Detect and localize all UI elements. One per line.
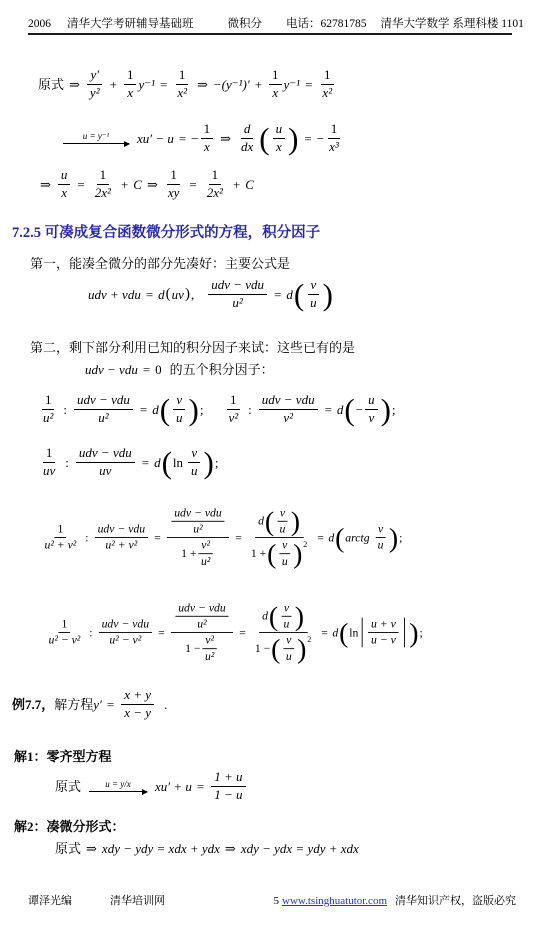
fraction-numerator: 1 bbox=[167, 168, 180, 185]
math-fraction: 1 + u1 − u bbox=[211, 770, 245, 803]
fraction-denominator: u² bbox=[202, 649, 217, 663]
document-page: 2006 清华大学考研辅导基础班 微积分 电话：62781785 清华大学数学 … bbox=[0, 0, 540, 932]
math-fraction: uv bbox=[365, 393, 378, 426]
fraction-numerator: d(vu) bbox=[259, 601, 307, 632]
math-fraction: 1u² bbox=[40, 393, 56, 426]
math-italic: u bbox=[61, 168, 68, 183]
fraction-numerator: u + v bbox=[368, 618, 398, 633]
math-italic: x² bbox=[322, 86, 332, 101]
fraction-numerator: udv − vdu bbox=[259, 393, 318, 410]
math-roman: 1 bbox=[61, 618, 67, 631]
math-operator: : bbox=[65, 455, 69, 471]
group-inner: vu bbox=[170, 393, 189, 426]
math-paren-group: (lnu + vu − v) bbox=[339, 618, 418, 648]
math-roman: 1 bbox=[324, 68, 331, 83]
math-fraction: y′y² bbox=[87, 68, 103, 101]
math-roman: − bbox=[317, 131, 324, 147]
fraction-denominator: u − v bbox=[368, 633, 398, 647]
fraction-numerator: v bbox=[277, 506, 288, 521]
math-fraction: vu bbox=[188, 446, 201, 479]
math-italic: d bbox=[152, 402, 159, 418]
fraction-denominator: xy bbox=[165, 185, 183, 201]
right-paren: ) bbox=[293, 540, 302, 566]
group-superscript: 2 bbox=[307, 635, 311, 644]
page-header: 2006 清华大学考研辅导基础班 微积分 电话：62781785 清华大学数学 … bbox=[28, 15, 514, 31]
fraction-denominator: u² + v² bbox=[42, 538, 79, 552]
right-paren: ) bbox=[297, 635, 306, 661]
math-italic: u² bbox=[201, 555, 210, 568]
fraction-numerator: v bbox=[173, 393, 185, 410]
page-footer: 谭泽光编 清华培训网 5 www.tsinghuatutor.com 清华知识产… bbox=[28, 892, 516, 908]
group-inner: u + vu − v bbox=[366, 618, 402, 648]
math-italic: x bbox=[127, 86, 133, 101]
math-fraction: 1x bbox=[201, 122, 214, 155]
math-roman: 1 bbox=[331, 122, 338, 137]
math-paren-group: (lnvu) bbox=[162, 446, 214, 479]
right-paren: ) bbox=[291, 508, 300, 534]
fraction-denominator: 1 −v²u² bbox=[182, 633, 221, 663]
math-italic: 1 − u bbox=[214, 788, 242, 803]
math-roman: 1 bbox=[179, 68, 186, 83]
math-paren-group: (vu) bbox=[269, 601, 304, 631]
math-italic: dx bbox=[241, 140, 253, 155]
math-operator: ⇒ bbox=[147, 177, 158, 193]
math-italic: d bbox=[328, 530, 334, 544]
fraction-numerator: u bbox=[273, 122, 286, 139]
header-phone: 电话：62781785 bbox=[286, 15, 367, 31]
fraction-numerator: v² bbox=[199, 539, 213, 554]
fraction-numerator: d bbox=[241, 122, 254, 139]
arrow-label: u = y⁻¹ bbox=[83, 132, 110, 141]
math-italic: v bbox=[282, 539, 287, 552]
math-italic: v bbox=[286, 634, 291, 647]
math-operator: = bbox=[274, 287, 281, 303]
math-roman: 1 + bbox=[181, 547, 196, 560]
group-inner: vu bbox=[280, 634, 297, 664]
fraction-denominator: uv bbox=[96, 463, 114, 479]
group-inner: ux bbox=[270, 122, 289, 155]
fraction-denominator: u bbox=[173, 410, 186, 426]
fraction-denominator: u² bbox=[198, 554, 213, 568]
math-italic: udv − vdu bbox=[262, 393, 315, 408]
math-operator: ⇒ bbox=[69, 77, 80, 93]
math-fraction: v²u² bbox=[202, 634, 217, 664]
math-roman: 1 − bbox=[185, 642, 200, 655]
math-italic: uv bbox=[99, 464, 111, 479]
formula-line-2: u = y⁻¹xu′ − u=−1x⇒ddx(ux)=−1x³ bbox=[55, 122, 344, 155]
solution-1-heading: 解1：零齐型方程 bbox=[14, 746, 112, 765]
formula-line-5: udv − vdu=0的五个积分因子： bbox=[85, 362, 274, 378]
math-operator: = bbox=[305, 77, 312, 93]
header-subject: 微积分 bbox=[228, 15, 263, 31]
arrow-shaft bbox=[89, 791, 147, 792]
math-roman: 1 bbox=[170, 168, 177, 183]
fraction-denominator: x − y bbox=[121, 705, 154, 721]
math-operator: + bbox=[121, 177, 128, 193]
math-operator: ⇒ bbox=[197, 77, 208, 93]
math-fraction: x + yx − y bbox=[121, 688, 154, 721]
math-fraction: 1uv bbox=[40, 446, 58, 479]
math-fraction: ddx bbox=[238, 122, 256, 155]
math-italic: d bbox=[154, 455, 161, 471]
math-roman: 1 bbox=[46, 446, 53, 461]
math-italic: x bbox=[272, 86, 278, 101]
right-paren: ) bbox=[185, 287, 190, 301]
fraction-denominator: u bbox=[281, 617, 292, 631]
math-roman: 1 bbox=[212, 168, 219, 183]
fraction-numerator: v bbox=[308, 278, 320, 295]
fraction-denominator: dx bbox=[238, 139, 256, 155]
math-italic: udv − vdu bbox=[211, 278, 264, 293]
math-roman: 1 + bbox=[251, 547, 266, 560]
fraction-denominator: x² bbox=[174, 85, 190, 101]
math-fraction: vu bbox=[281, 601, 292, 631]
example-line: 例7.7，解方程 y′=x + yx − y. bbox=[12, 688, 167, 721]
fraction-denominator: u² bbox=[195, 617, 210, 631]
cjk-text: 原式 bbox=[38, 77, 64, 93]
math-italic: d bbox=[244, 122, 251, 137]
math-roman: ; bbox=[392, 402, 396, 418]
fraction-numerator: 1 bbox=[55, 523, 66, 538]
right-paren: ) bbox=[389, 524, 398, 550]
fraction-denominator: u bbox=[277, 522, 288, 536]
math-italic: u bbox=[284, 618, 290, 631]
right-paren: ) bbox=[381, 395, 391, 424]
header-rule bbox=[28, 33, 512, 35]
group-inner: vu bbox=[274, 506, 291, 536]
formula-line-10: 原式u = y/xxu′ + u=1 + u1 − u bbox=[55, 770, 248, 803]
footer-site: 清华培训网 bbox=[110, 892, 165, 908]
fraction-numerator: d(vu) bbox=[255, 506, 303, 537]
math-fraction: ux bbox=[58, 168, 71, 201]
math-paren-group: (vu) bbox=[160, 393, 199, 426]
fraction-denominator: v² bbox=[225, 410, 241, 426]
math-paren-group: (−uv) bbox=[344, 393, 391, 426]
math-fraction: 1x³ bbox=[326, 122, 342, 155]
math-italic: u² bbox=[232, 296, 242, 311]
math-roman: 1 bbox=[57, 523, 63, 536]
math-fraction: udv − vduuv bbox=[76, 446, 135, 479]
group-inner: vu bbox=[304, 278, 323, 311]
right-paren: ) bbox=[204, 448, 214, 477]
math-fraction: udv − vduu²1 +v²u² bbox=[167, 506, 229, 568]
math-roman: 1 bbox=[45, 393, 52, 408]
fraction-denominator: u bbox=[375, 538, 386, 552]
math-italic: u bbox=[191, 464, 198, 479]
math-operator: = bbox=[143, 362, 150, 378]
footer-page-number: 5 bbox=[274, 895, 280, 907]
math-italic: d bbox=[262, 610, 268, 623]
math-operator: = bbox=[160, 77, 167, 93]
left-paren: ( bbox=[339, 619, 348, 645]
math-italic: u bbox=[282, 555, 288, 568]
math-operator: = bbox=[325, 402, 332, 418]
fraction-denominator: x bbox=[58, 185, 70, 201]
math-fraction: vu bbox=[307, 278, 320, 311]
cjk-text-bold: 例7.7， bbox=[12, 697, 54, 713]
fraction-denominator: v bbox=[365, 410, 377, 426]
fraction-numerator: v bbox=[281, 601, 292, 616]
math-italic: y′ bbox=[93, 697, 102, 713]
fraction-denominator: 2x² bbox=[92, 185, 114, 201]
fraction-numerator: 1 bbox=[97, 168, 110, 185]
math-operator: = bbox=[146, 287, 153, 303]
math-abs-group: u + vu − v bbox=[359, 618, 407, 648]
math-paren-group: (uv) bbox=[166, 287, 190, 303]
fraction-numerator: v bbox=[283, 634, 294, 649]
math-fraction: 1x bbox=[269, 68, 282, 101]
fraction-numerator: u bbox=[365, 393, 378, 410]
left-paren: ( bbox=[259, 124, 269, 153]
fraction-denominator: u bbox=[279, 554, 290, 568]
section-heading: 7.2.5 可凑成复合函数微分形式的方程，积分因子 bbox=[12, 221, 320, 242]
math-operator: = bbox=[197, 779, 204, 795]
math-italic: u bbox=[280, 523, 286, 536]
formula-line-1: 原式⇒y′y²+1xy⁻¹=1x²⇒−(y⁻¹)′+1xy⁻¹=1x² bbox=[38, 68, 337, 101]
arrow-shaft bbox=[63, 143, 129, 144]
math-italic: u² − v² bbox=[109, 634, 141, 647]
math-operator: = bbox=[77, 177, 84, 193]
math-italic: x² bbox=[177, 86, 187, 101]
math-operator: ⇒ bbox=[86, 841, 97, 857]
right-paren: ) bbox=[409, 619, 418, 645]
fraction-numerator: 1 bbox=[269, 68, 282, 85]
math-italic: C bbox=[133, 177, 142, 193]
math-italic: xy bbox=[168, 186, 180, 201]
math-italic: udv − vdu bbox=[178, 601, 226, 614]
fraction-numerator: udv − vdu bbox=[172, 506, 225, 521]
math-roman: ln bbox=[173, 455, 183, 471]
left-paren: ( bbox=[269, 603, 278, 629]
left-paren: ( bbox=[162, 448, 172, 477]
math-operator: ⇒ bbox=[40, 177, 51, 193]
fraction-numerator: udv − vdu bbox=[74, 393, 133, 410]
math-fraction: 12x² bbox=[204, 168, 226, 201]
cjk-text: 原式 bbox=[55, 779, 81, 795]
fraction-numerator: 1 bbox=[42, 393, 55, 410]
math-italic: d bbox=[258, 515, 264, 528]
fraction-denominator: x² bbox=[319, 85, 335, 101]
math-operator: : bbox=[85, 530, 88, 544]
left-paren: ( bbox=[160, 395, 170, 424]
math-italic: u bbox=[276, 122, 283, 137]
fraction-numerator: 1 bbox=[43, 446, 56, 463]
cjk-text: 解方程 bbox=[54, 697, 93, 713]
math-italic: v bbox=[191, 446, 197, 461]
math-fraction: 1x² bbox=[174, 68, 190, 101]
fraction-numerator: 1 bbox=[328, 122, 341, 139]
formula-line-6: 1u²:udv − vduu²=d(vu);1v²:udv − vduv²=d(… bbox=[38, 393, 396, 426]
math-fraction: 1v² bbox=[225, 393, 241, 426]
math-arrow: u = y/x bbox=[89, 780, 147, 792]
fraction-numerator: x + y bbox=[121, 688, 154, 705]
math-italic: 2x² bbox=[207, 186, 223, 201]
math-roman: ln bbox=[349, 625, 358, 639]
fraction-numerator: 1 bbox=[209, 168, 222, 185]
math-roman: 1 bbox=[272, 68, 279, 83]
math-italic: d bbox=[286, 287, 293, 303]
math-italic: v² bbox=[228, 411, 238, 426]
math-italic: d bbox=[337, 402, 344, 418]
fraction-denominator: 1 +v²u² bbox=[178, 538, 217, 568]
math-italic: udv − vdu bbox=[98, 523, 146, 536]
math-operator: = bbox=[304, 131, 311, 147]
math-fraction: vu bbox=[283, 634, 294, 664]
formula-line-3: ⇒ux=12x²+C⇒1xy=12x²+C bbox=[35, 168, 254, 201]
fraction-numerator: udv − vduu² bbox=[171, 601, 233, 632]
paragraph-second: 第二，剩下部分利用已知的积分因子来试：这些已有的是 bbox=[30, 337, 355, 356]
fraction-denominator: 1 +(vu)2 bbox=[248, 538, 311, 568]
math-italic: u² bbox=[205, 650, 214, 663]
math-italic: v bbox=[176, 393, 182, 408]
formula-line-7: 1uv:udv − vduuv=d(lnvu); bbox=[38, 446, 218, 479]
formula-line-9: 1u² − v²:udv − vduu² − v²=udv − vduu²1 −… bbox=[44, 601, 423, 663]
math-paren-group: (vu) bbox=[294, 278, 333, 311]
fraction-numerator: v² bbox=[203, 634, 217, 649]
math-italic: v bbox=[280, 506, 285, 519]
math-italic: 1 + u bbox=[214, 770, 242, 785]
fraction-numerator: udv − vdu bbox=[208, 278, 267, 295]
math-italic: x bbox=[204, 140, 210, 155]
math-roman: ; bbox=[399, 530, 402, 544]
cjk-text: 原式 bbox=[55, 841, 81, 857]
fraction-denominator: u bbox=[283, 649, 294, 663]
group-inner: lnvu bbox=[172, 446, 204, 479]
math-italic: u bbox=[310, 296, 317, 311]
math-roman: 1 bbox=[127, 68, 134, 83]
math-italic: arctg bbox=[345, 530, 369, 544]
math-italic: uv bbox=[43, 464, 55, 479]
math-italic: u² bbox=[197, 618, 206, 631]
fraction-numerator: y′ bbox=[87, 68, 102, 85]
math-paren-group: (vu) bbox=[265, 506, 300, 536]
math-fraction: d(vu)1 +(vu)2 bbox=[248, 506, 311, 568]
right-paren: ) bbox=[288, 124, 298, 153]
math-operator: = bbox=[142, 455, 149, 471]
math-fraction: vu bbox=[279, 539, 290, 569]
solution-2-heading: 解2：凑微分形式： bbox=[14, 816, 125, 835]
math-italic: xdy − ydy = xdx + ydx bbox=[102, 841, 220, 857]
math-italic: v bbox=[311, 278, 317, 293]
fraction-numerator: udv − vduu² bbox=[167, 506, 229, 537]
fraction-denominator: uv bbox=[40, 463, 58, 479]
math-paren-group: (vu)2 bbox=[271, 634, 311, 664]
math-fraction: ux bbox=[273, 122, 286, 155]
math-italic: y′ bbox=[90, 68, 99, 83]
fraction-denominator: u² − v² bbox=[107, 633, 144, 647]
math-fraction: udv − vduu² bbox=[208, 278, 267, 311]
math-fraction: udv − vduu² + v² bbox=[95, 523, 148, 553]
math-italic: u² bbox=[43, 411, 53, 426]
left-paren: ( bbox=[294, 280, 304, 309]
math-italic: u − v bbox=[371, 634, 396, 647]
math-fraction: vu bbox=[173, 393, 186, 426]
fraction-numerator: 1 bbox=[321, 68, 334, 85]
math-italic: u² bbox=[98, 411, 108, 426]
math-operator: ⇒ bbox=[225, 841, 236, 857]
math-italic: C bbox=[245, 177, 254, 193]
math-italic: v bbox=[368, 411, 374, 426]
math-fraction: 1u² + v² bbox=[42, 523, 79, 553]
fraction-denominator: u² − v² bbox=[46, 633, 83, 647]
math-roman: − bbox=[356, 402, 363, 418]
fraction-numerator: u bbox=[58, 168, 71, 185]
math-italic: udv − vdu bbox=[102, 618, 150, 631]
math-operator: ⇒ bbox=[220, 131, 231, 147]
footer-editor: 谭泽光编 bbox=[28, 892, 72, 908]
math-roman: 1 bbox=[100, 168, 107, 183]
paragraph-first: 第一，能凑全微分的部分先凑好：主要公式是 bbox=[30, 253, 290, 272]
left-paren: ( bbox=[344, 395, 354, 424]
math-italic: x + y bbox=[124, 688, 151, 703]
math-italic: 2x² bbox=[95, 186, 111, 201]
math-arrow: u = y⁻¹ bbox=[63, 132, 129, 144]
math-operator: = bbox=[239, 625, 246, 639]
group-inner: uv bbox=[171, 287, 185, 303]
math-operator: : bbox=[63, 402, 67, 418]
math-roman: , bbox=[191, 287, 194, 303]
fraction-numerator: 1 bbox=[176, 68, 189, 85]
fraction-denominator: u² bbox=[191, 522, 206, 536]
fraction-denominator: u² bbox=[95, 410, 111, 426]
math-fraction: v²u² bbox=[198, 539, 213, 569]
fraction-numerator: udv − vdu bbox=[95, 523, 148, 538]
formula-line-4: udv + vdu=d(uv),udv − vduu²=d(vu) bbox=[88, 278, 334, 311]
header-course: 清华大学考研辅导基础班 bbox=[67, 15, 194, 31]
math-fraction: udv − vduv² bbox=[259, 393, 318, 426]
fraction-numerator: udv − vdu bbox=[76, 446, 135, 463]
math-operator: = bbox=[189, 177, 196, 193]
math-italic: uv bbox=[172, 287, 184, 303]
fraction-denominator: x bbox=[201, 139, 213, 155]
fraction-numerator: 1 bbox=[124, 68, 137, 85]
math-roman: 1 bbox=[204, 122, 211, 137]
math-fraction: 1x bbox=[124, 68, 137, 101]
math-operator: : bbox=[248, 402, 252, 418]
math-italic: v² bbox=[201, 539, 210, 552]
fraction-denominator: 1 − u bbox=[211, 787, 245, 803]
abs-bar bbox=[362, 618, 363, 648]
math-italic: u² − v² bbox=[49, 634, 81, 647]
math-italic: udv − vdu bbox=[79, 446, 132, 461]
math-roman: − bbox=[191, 131, 198, 147]
math-fraction: udv − vduu² bbox=[176, 601, 229, 631]
math-italic: udv + vdu bbox=[88, 287, 141, 303]
math-fraction: udv − vduu² bbox=[172, 506, 225, 536]
math-operator: = bbox=[158, 625, 165, 639]
math-roman: 0 bbox=[155, 362, 162, 378]
left-paren: ( bbox=[267, 540, 276, 566]
math-italic: x³ bbox=[329, 140, 339, 155]
math-italic: x bbox=[276, 140, 282, 155]
footer-copyright: 清华知识产权，盗版必究 bbox=[395, 892, 516, 908]
footer-link[interactable]: www.tsinghuatutor.com bbox=[282, 895, 387, 907]
right-paren: ) bbox=[323, 280, 333, 309]
math-operator: + bbox=[255, 77, 262, 93]
math-italic: d bbox=[158, 287, 165, 303]
fraction-numerator: v bbox=[375, 523, 386, 538]
math-operator: + bbox=[233, 177, 240, 193]
math-italic: u bbox=[378, 539, 384, 552]
fraction-denominator: x³ bbox=[326, 139, 342, 155]
math-italic: x − y bbox=[124, 706, 151, 721]
math-paren-group: (vu)2 bbox=[267, 539, 307, 569]
math-roman: ; bbox=[215, 455, 219, 471]
fraction-denominator: u² + v² bbox=[103, 538, 140, 552]
math-fraction: vu bbox=[375, 523, 386, 553]
right-paren: ) bbox=[189, 395, 199, 424]
formula-line-11: 原式⇒xdy − ydy = xdx + ydx⇒xdy − ydx = ydy… bbox=[55, 841, 359, 857]
